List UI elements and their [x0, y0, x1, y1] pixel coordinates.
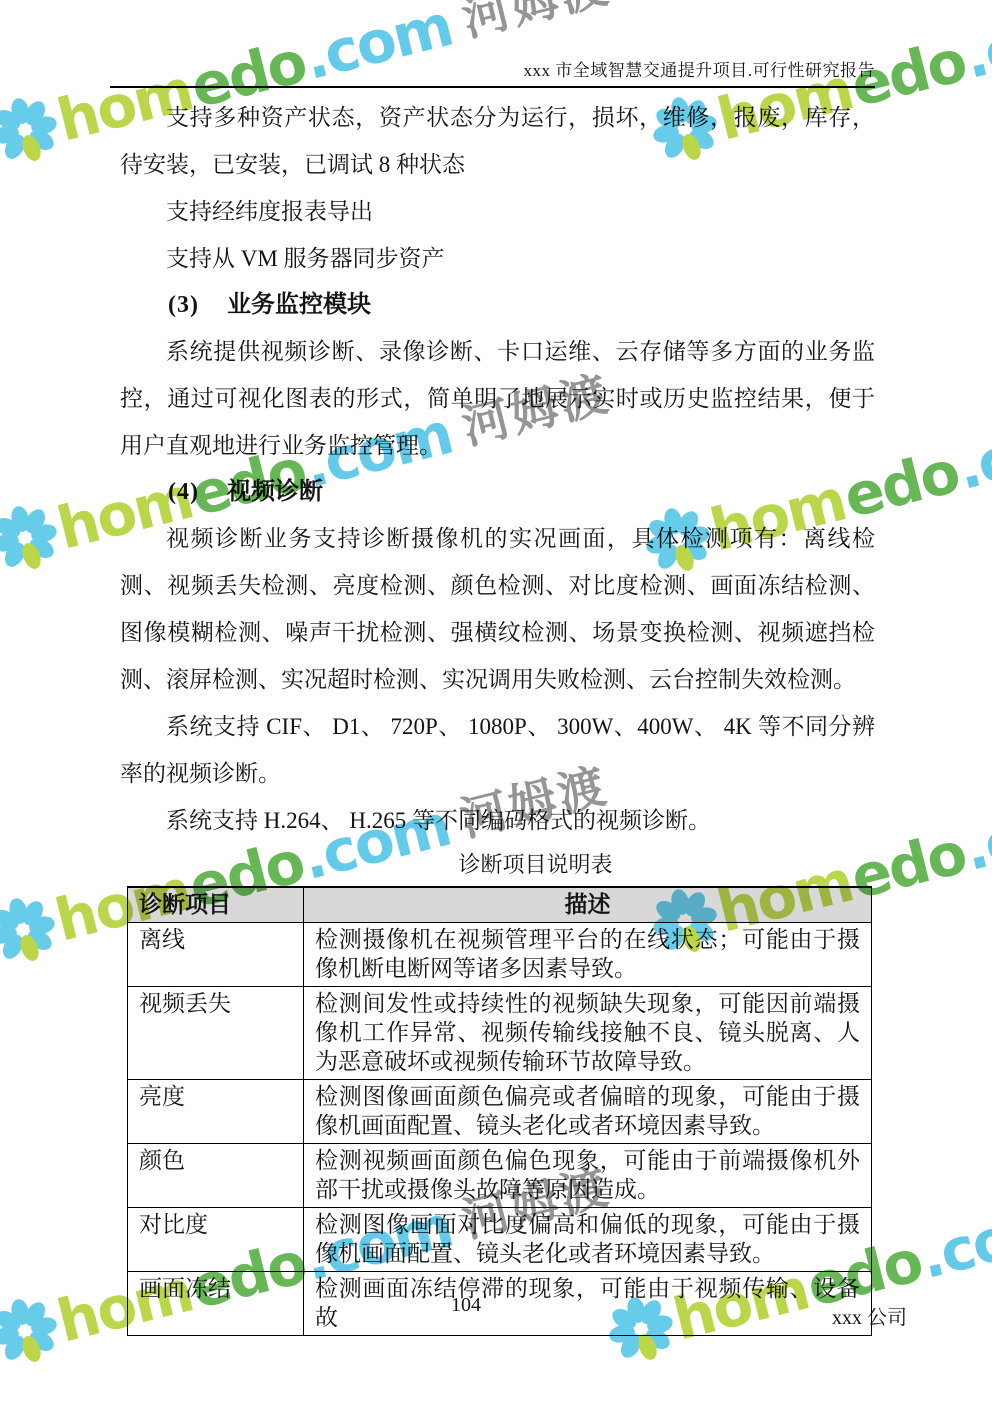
section-heading-video-diagnosis: (4)视频诊断 — [120, 469, 875, 515]
section-title: 业务监控模块 — [227, 292, 371, 318]
diagnosis-term-cell: 离线 — [128, 923, 304, 987]
paragraph-video-diagnosis: 视频诊断业务支持诊断摄像机的实况画面，具体检测项有：离线检测、视频丢失检测、亮度… — [120, 515, 875, 703]
document-body: 支持多种资产状态，资产状态分为运行，损坏，维修，报废，库存，待安装，已安装，已调… — [120, 94, 875, 1336]
page-header: xxx 市全域智慧交通提升项目.可行性研究报告 — [110, 56, 875, 88]
table-row: 离线检测摄像机在视频管理平台的在线状态；可能由于摄像机断电断网等诸多因素导致。 — [128, 923, 872, 987]
paragraph-latlon-export: 支持经纬度报表导出 — [120, 188, 875, 235]
footer-company: xxx 公司 — [832, 1301, 907, 1330]
column-header-desc: 描述 — [304, 887, 872, 923]
diagnosis-desc-cell: 检测图像画面颜色偏亮或者偏暗的现象，可能由于摄像机画面配置、镜头老化或者环境因素… — [304, 1080, 872, 1144]
section-heading-business-monitor: (3)业务监控模块 — [120, 282, 875, 328]
table-row: 对比度检测图像画面对比度偏高和偏低的现象，可能由于摄像机画面配置、镜头老化或者环… — [128, 1208, 872, 1272]
paragraph-business-monitor: 系统提供视频诊断、录像诊断、卡口运维、云存储等多方面的业务监控，通过可视化图表的… — [120, 328, 875, 469]
column-header-item: 诊断项目 — [128, 887, 304, 923]
diagnosis-table: 诊断项目 描述 离线检测摄像机在视频管理平台的在线状态；可能由于摄像机断电断网等… — [127, 886, 872, 1336]
table-caption: 诊断项目说明表 — [158, 844, 913, 886]
watermark-text-cn: 河姆渡 — [458, 0, 615, 43]
diagnosis-desc-cell: 检测视频画面颜色偏色现象，可能由于前端摄像机外部干扰或摄像头故障等原因造成。 — [304, 1144, 872, 1208]
table-row: 亮度检测图像画面颜色偏亮或者偏暗的现象，可能由于摄像机画面配置、镜头老化或者环境… — [128, 1080, 872, 1144]
section-number: (3) — [168, 292, 199, 318]
page-number: 104 — [0, 1294, 932, 1317]
paragraph-resolutions: 系统支持 CIF、 D1、 720P、 1080P、 300W、400W、 4K… — [120, 703, 875, 797]
section-title: 视频诊断 — [227, 479, 323, 505]
diagnosis-term-cell: 亮度 — [128, 1080, 304, 1144]
paragraph-asset-states: 支持多种资产状态，资产状态分为运行，损坏，维修，报废，库存，待安装，已安装，已调… — [120, 94, 875, 188]
section-number: (4) — [168, 479, 199, 505]
table-row: 视频丢失检测间发性或持续性的视频缺失现象，可能因前端摄像机工作异常、视频传输线接… — [128, 987, 872, 1080]
document-page: homedo.com 河姆渡 homedo.com 河姆渡 — [0, 0, 992, 1403]
paragraph-codecs: 系统支持 H.264、 H.265 等不同编码格式的视频诊断。 — [120, 797, 875, 844]
table-header-row: 诊断项目 描述 — [128, 887, 872, 923]
diagnosis-term-cell: 视频丢失 — [128, 987, 304, 1080]
diagnosis-desc-cell: 检测图像画面对比度偏高和偏低的现象，可能由于摄像机画面配置、镜头老化或者环境因素… — [304, 1208, 872, 1272]
diagnosis-term-cell: 对比度 — [128, 1208, 304, 1272]
paragraph-vm-sync: 支持从 VM 服务器同步资产 — [120, 235, 875, 282]
diagnosis-desc-cell: 检测摄像机在视频管理平台的在线状态；可能由于摄像机断电断网等诸多因素导致。 — [304, 923, 872, 987]
header-title: xxx 市全域智慧交通提升项目.可行性研究报告 — [524, 61, 876, 80]
diagnosis-term-cell: 颜色 — [128, 1144, 304, 1208]
table-row: 颜色检测视频画面颜色偏色现象，可能由于前端摄像机外部干扰或摄像头故障等原因造成。 — [128, 1144, 872, 1208]
diagnosis-desc-cell: 检测间发性或持续性的视频缺失现象，可能因前端摄像机工作异常、视频传输线接触不良、… — [304, 987, 872, 1080]
